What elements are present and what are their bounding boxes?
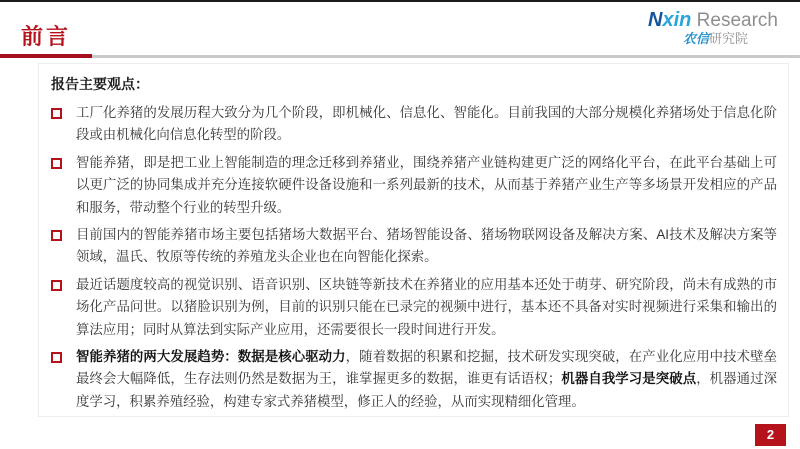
bullet-text: 目前国内的智能养猪市场主要包括猪场大数据平台、猪场智能设备、猪场物联网设备及解决… — [76, 227, 777, 264]
slide: 前言 Nxin Research 农信研究院 报告主要观点： 工厂化养猪的发展历… — [0, 0, 800, 449]
page-number-badge: 2 — [755, 424, 786, 446]
title-underline-red-segment — [0, 54, 92, 58]
logo-wordmark: Nxin Research — [648, 9, 778, 32]
logo-nongxin-text: 农信 — [683, 31, 709, 46]
bullet-square-icon — [51, 352, 62, 363]
bullet-square-icon — [51, 158, 62, 169]
top-border-line — [0, 0, 800, 2]
bullet-square-icon — [51, 280, 62, 291]
logo-letter-n: N — [648, 9, 662, 31]
bullet-item: 目前国内的智能养猪市场主要包括猪场大数据平台、猪场智能设备、猪场物联网设备及解决… — [49, 224, 777, 269]
bullet-text: 智能养猪，即是把工业上智能制造的理念迁移到养猪业，围绕养猪产业链构建更广泛的网络… — [76, 155, 777, 215]
bullet-item: 最近话题度较高的视觉识别、语音识别、区块链等新技术在养猪业的应用基本还处于萌芽、… — [49, 274, 777, 341]
logo-chinese-name: 农信研究院 — [648, 32, 778, 47]
bullet-list: 工厂化养猪的发展历程大致分为几个阶段，即机械化、信息化、智能化。目前我国的大部分… — [49, 102, 777, 413]
logo-research-text: Research — [691, 10, 778, 31]
bullet-text: 智能养猪的两大发展趋势：数据是核心驱动力，随着数据的积累和挖掘，技术研发实现突破… — [76, 349, 777, 409]
logo-letters-xin: xin — [662, 9, 691, 31]
content-heading: 报告主要观点： — [51, 74, 777, 94]
bullet-square-icon — [51, 230, 62, 241]
bullet-item: 智能养猪的两大发展趋势：数据是核心驱动力，随着数据的积累和挖掘，技术研发实现突破… — [49, 346, 777, 413]
title-underline-gray-segment — [92, 55, 800, 58]
title-underline-rule — [0, 54, 800, 59]
content-box: 报告主要观点： 工厂化养猪的发展历程大致分为几个阶段，即机械化、信息化、智能化。… — [38, 63, 789, 417]
nxin-research-logo: Nxin Research 农信研究院 — [648, 9, 778, 47]
page-title: 前言 — [21, 20, 71, 51]
bullet-square-icon — [51, 108, 62, 119]
logo-institute-text: 研究院 — [709, 31, 748, 46]
bullet-item: 工厂化养猪的发展历程大致分为几个阶段，即机械化、信息化、智能化。目前我国的大部分… — [49, 102, 777, 147]
bullet-item: 智能养猪，即是把工业上智能制造的理念迁移到养猪业，围绕养猪产业链构建更广泛的网络… — [49, 152, 777, 219]
bullet-text: 工厂化养猪的发展历程大致分为几个阶段，即机械化、信息化、智能化。目前我国的大部分… — [76, 105, 777, 142]
bullet-text: 最近话题度较高的视觉识别、语音识别、区块链等新技术在养猪业的应用基本还处于萌芽、… — [76, 277, 777, 337]
